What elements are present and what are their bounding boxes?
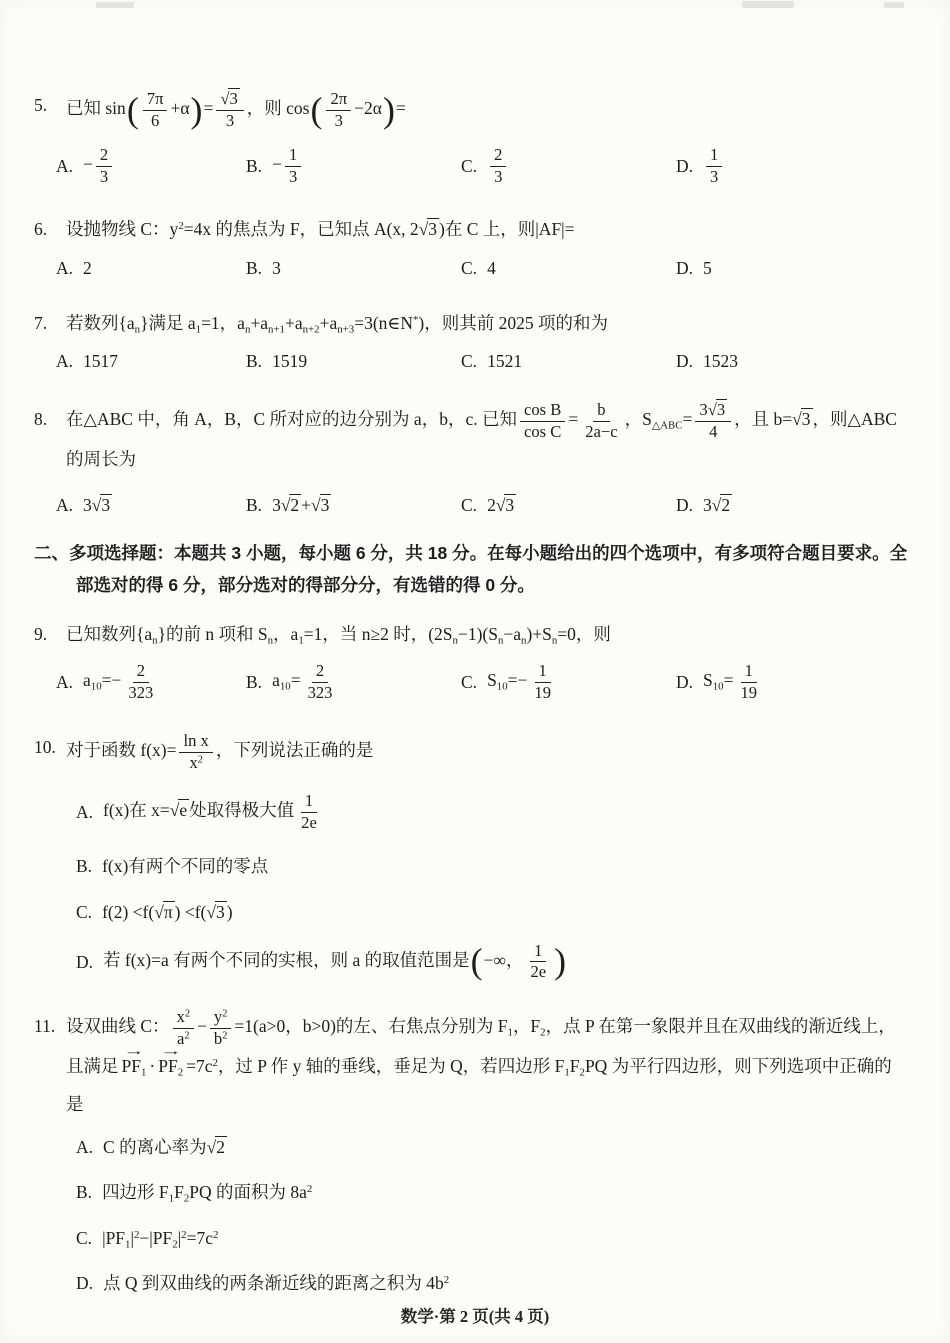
question-10-option-d: D.若 f(x)=a 有两个不同的实根，则 a 的取值范围是(−∞，12e) [76,942,908,982]
page-content: 5. 已知 sin(7π6+α)=33，则 cos(2π3−2α)= A.−23… [0,0,950,1299]
option-body: 23 [487,146,509,186]
option-label: A. [56,151,73,182]
option-body: 5 [703,253,712,284]
question-7-option-a: A.1517 [56,346,246,377]
question-6-option-b: B.3 [246,253,461,284]
question-8-options: A.33 B.32+3 C.23 D.32 [34,490,908,521]
option-label: D. [676,151,693,182]
option-body: S10=119 [703,662,764,702]
option-label: C. [461,667,477,698]
question-number: 5. [34,90,66,121]
option-body: f(x)有两个不同的零点 [102,851,268,882]
question-number: 8. [34,401,66,438]
question-6-options: A.2 B.3 C.4 D.5 [34,253,908,284]
option-label: C. [461,346,477,377]
question-9-option-d: D.S10=119 [676,662,908,702]
option-body: f(x)在 x=e处取得极大值12e [103,792,324,832]
question-9-stem: 9. 已知数列{an}的前 n 项和 Sn，a1=1，当 n≥2 时，(2Sn−… [34,619,908,650]
option-body: 四边形 F1F2PQ 的面积为 8a2 [102,1177,312,1208]
question-11-options: A.C 的离心率为2 B.四边形 F1F2PQ 的面积为 8a2 C.|PF1|… [34,1132,908,1300]
option-label: A. [56,346,73,377]
question-9-options: A.a10=−2323 B.a10=2323 C.S10=−119 D.S10=… [34,662,908,702]
option-body: C 的离心率为2 [103,1132,227,1163]
option-label: D. [76,1268,93,1299]
option-body: 32 [703,490,732,521]
option-body: 2 [83,253,92,284]
question-9-option-c: C.S10=−119 [461,662,676,702]
option-label: D. [676,490,693,521]
question-5-stem: 5. 已知 sin(7π6+α)=33，则 cos(2π3−2α)= [34,90,908,130]
question-7-stem-text: 若数列{an}满足 a1=1，an+an+1+an+2+an+3=3(n∈N*)… [66,308,908,339]
question-number: 6. [34,214,66,245]
question-11-stem-text: 设双曲线 C：x2a2−y2b2=1(a>0，b>0)的左、右焦点分别为 F1，… [66,1008,908,1123]
option-body: 1519 [272,346,307,377]
option-body: |PF1|2−|PF2|2=7c2 [102,1223,218,1254]
question-11-option-a: A.C 的离心率为2 [76,1132,908,1163]
question-11-option-c: C.|PF1|2−|PF2|2=7c2 [76,1223,908,1254]
question-6-stem: 6. 设抛物线 C：y2=4x 的焦点为 F，已知点 A(x, 23)在 C 上… [34,214,908,245]
option-body: 若 f(x)=a 有两个不同的实根，则 a 的取值范围是(−∞，12e) [103,942,567,982]
option-body: 点 Q 到双曲线的两条渐近线的距离之积为 4b2 [103,1268,449,1299]
question-11-option-b: B.四边形 F1F2PQ 的面积为 8a2 [76,1177,908,1208]
question-8-option-d: D.32 [676,490,908,521]
option-label: C. [76,1223,92,1254]
option-label: C. [461,253,477,284]
option-label: A. [56,667,73,698]
section-2-label: 二、 [34,543,69,563]
option-label: C. [461,151,477,182]
question-5-options: A.−23 B.−13 C.23 D.13 [34,146,908,186]
question-8-option-c: C.23 [461,490,676,521]
option-body: −13 [272,146,304,186]
question-8-option-b: B.32+3 [246,490,461,521]
question-7-option-c: C.1521 [461,346,676,377]
option-body: 13 [703,146,725,186]
question-8-option-a: A.33 [56,490,246,521]
option-label: B. [246,346,262,377]
option-body: S10=−119 [487,662,558,702]
question-number: 9. [34,619,66,650]
question-8-stem-text: 在△ABC 中，角 A，B，C 所对应的边分别为 a，b，c. 已知cos Bc… [66,401,908,478]
question-9: 9. 已知数列{an}的前 n 项和 Sn，a1=1，当 n≥2 时，(2Sn−… [34,619,908,702]
question-10: 10. 对于函数 f(x)=ln xx2，下列说法正确的是 A.f(x)在 x=… [34,732,908,982]
option-body: 1517 [83,346,118,377]
question-8: 8. 在△ABC 中，角 A，B，C 所对应的边分别为 a，b，c. 已知cos… [34,401,908,521]
option-label: A. [56,490,73,521]
option-label: B. [246,253,262,284]
option-body: 1523 [703,346,738,377]
question-11: 11. 设双曲线 C：x2a2−y2b2=1(a>0，b>0)的左、右焦点分别为… [34,1008,908,1299]
option-label: B. [76,851,92,882]
question-number: 11. [34,1008,66,1046]
question-6-stem-text: 设抛物线 C：y2=4x 的焦点为 F，已知点 A(x, 23)在 C 上，则|… [66,214,908,245]
option-label: D. [676,253,693,284]
question-7-option-d: D.1523 [676,346,908,377]
question-11-stem: 11. 设双曲线 C：x2a2−y2b2=1(a>0，b>0)的左、右焦点分别为… [34,1008,908,1123]
option-body: a10=2323 [272,662,339,702]
scan-artifact [96,2,134,8]
option-label: B. [246,151,262,182]
option-label: C. [76,897,92,928]
option-label: C. [461,490,477,521]
question-9-stem-text: 已知数列{an}的前 n 项和 Sn，a1=1，当 n≥2 时，(2Sn−1)(… [66,619,908,650]
question-6-option-c: C.4 [461,253,676,284]
question-10-option-a: A.f(x)在 x=e处取得极大值12e [76,792,908,832]
option-label: A. [76,797,93,828]
question-10-option-b: B.f(x)有两个不同的零点 [76,851,908,882]
question-5-option-c: C.23 [461,146,676,186]
question-5-option-b: B.−13 [246,146,461,186]
question-8-stem: 8. 在△ABC 中，角 A，B，C 所对应的边分别为 a，b，c. 已知cos… [34,401,908,478]
option-body: 1521 [487,346,522,377]
question-6-option-a: A.2 [56,253,246,284]
scan-artifact [884,2,904,8]
option-label: D. [76,947,93,978]
question-number: 10. [34,732,66,763]
scan-artifact [742,1,794,8]
question-7-stem: 7. 若数列{an}满足 a1=1，an+an+1+an+2+an+3=3(n∈… [34,308,908,339]
question-7-options: A.1517 B.1519 C.1521 D.1523 [34,346,908,377]
section-2-text: 多项选择题：本题共 3 小题，每小题 6 分，共 18 分。在每小题给出的四个选… [69,543,907,595]
option-body: f(2) <f(π) <f(3) [102,897,233,928]
question-10-options: A.f(x)在 x=e处取得极大值12e B.f(x)有两个不同的零点 C.f(… [34,792,908,982]
question-7-option-b: B.1519 [246,346,461,377]
exam-page: 5. 已知 sin(7π6+α)=33，则 cos(2π3−2α)= A.−23… [0,0,950,1343]
option-label: B. [246,667,262,698]
question-number: 7. [34,308,66,339]
question-5: 5. 已知 sin(7π6+α)=33，则 cos(2π3−2α)= A.−23… [34,90,908,186]
question-10-stem-text: 对于函数 f(x)=ln xx2，下列说法正确的是 [66,732,908,772]
option-body: a10=−2323 [83,662,160,702]
question-6-option-d: D.5 [676,253,908,284]
option-body: 4 [487,253,496,284]
question-10-stem: 10. 对于函数 f(x)=ln xx2，下列说法正确的是 [34,732,908,772]
option-body: 32+3 [272,490,331,521]
question-9-option-b: B.a10=2323 [246,662,461,702]
option-body: 23 [487,490,516,521]
section-2-header: 二、多项选择题：本题共 3 小题，每小题 6 分，共 18 分。在每小题给出的四… [34,537,908,602]
option-body: 33 [83,490,112,521]
question-7: 7. 若数列{an}满足 a1=1，an+an+1+an+2+an+3=3(n∈… [34,308,908,377]
page-footer: 数学·第 2 页(共 4 页) [0,1303,950,1327]
option-label: A. [76,1132,93,1163]
option-label: B. [76,1177,92,1208]
option-label: D. [676,346,693,377]
question-5-option-a: A.−23 [56,146,246,186]
option-label: A. [56,253,73,284]
question-11-option-d: D.点 Q 到双曲线的两条渐近线的距离之积为 4b2 [76,1268,908,1299]
option-label: B. [246,490,262,521]
option-body: 3 [272,253,281,284]
option-label: D. [676,667,693,698]
option-body: −23 [83,146,115,186]
question-9-option-a: A.a10=−2323 [56,662,246,702]
question-5-option-d: D.13 [676,146,908,186]
question-6: 6. 设抛物线 C：y2=4x 的焦点为 F，已知点 A(x, 23)在 C 上… [34,214,908,283]
question-5-stem-text: 已知 sin(7π6+α)=33，则 cos(2π3−2α)= [66,90,908,130]
question-10-option-c: C.f(2) <f(π) <f(3) [76,897,908,928]
